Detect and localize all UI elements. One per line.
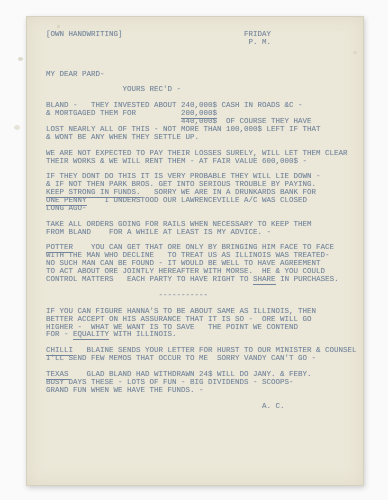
letter-line: I'LL SEND FEW MEMOS THAT OCCUR TO ME SOR… [46,356,357,364]
text-segment: IN PURCHASES. [276,276,339,284]
letter-page: [OWN HANDWRITING] FRIDAY P. M. MY DEAR P… [26,16,364,486]
text-segment: SORRY WE ARE IN A DRUNKARDS BANK FOR [141,189,317,197]
letter-line: FOR - EQUALITY WITH ILLINOIS. [46,332,357,340]
letter-line: ----------- [46,293,357,301]
letter-line: FROM BLAND FOR A WHILE AT LEAST IS MY AD… [46,230,357,238]
paper-stain [18,57,23,61]
letter-line: CONTROL MATTERS EACH PARTY TO HAVE RIGHT… [46,277,357,285]
paper-stain [14,125,20,130]
text-segment: GLAD BLAND HAD WITHDRAWN 24$ WILL DO JAN… [69,371,312,379]
letter-line: GRAND FUN WHEN WE HAVE THE FUNDS. - [46,388,357,396]
text-segment: CONTROL MATTERS EACH PARTY TO HAVE RIGHT… [46,276,253,284]
text-segment: & MORTGAGED THEM FOR [46,110,181,118]
letter-line: MY DEAR PARD- [46,72,357,80]
letter-line: P. M. [46,40,357,48]
letter-body: [OWN HANDWRITING] FRIDAY P. M. MY DEAR P… [46,32,357,412]
paper-stain [57,25,60,28]
letter-line: ONE PENNY I UNDERSTOOD OUR LAWRENCEVILLE… [46,198,357,206]
letter-line: THEIR WORKS & WE WILL RENT THEM - AT FAI… [46,159,357,167]
underlined-text: SHARE [253,276,276,285]
letter-line: YOURS REC'D - [46,87,357,95]
letter-line [46,56,357,64]
text-segment: WITH ILLINOIS. [109,331,177,339]
letter-line: LONG AGO- [46,206,357,214]
letter-line: A. C. [46,404,357,412]
letter-line: & WONT BE ANY WHEN THEY SETTLE UP. [46,135,357,143]
text-segment: FOR - [46,331,73,339]
screenshot-root: { "colors": { "ink": "#74869c", "paper":… [0,0,388,500]
text-segment: I UNDERSTOOD OUR LAWRENCEVILLE A/C WAS C… [87,197,308,205]
letter-line [46,48,357,56]
underlined-text: EQUALITY [73,331,109,340]
